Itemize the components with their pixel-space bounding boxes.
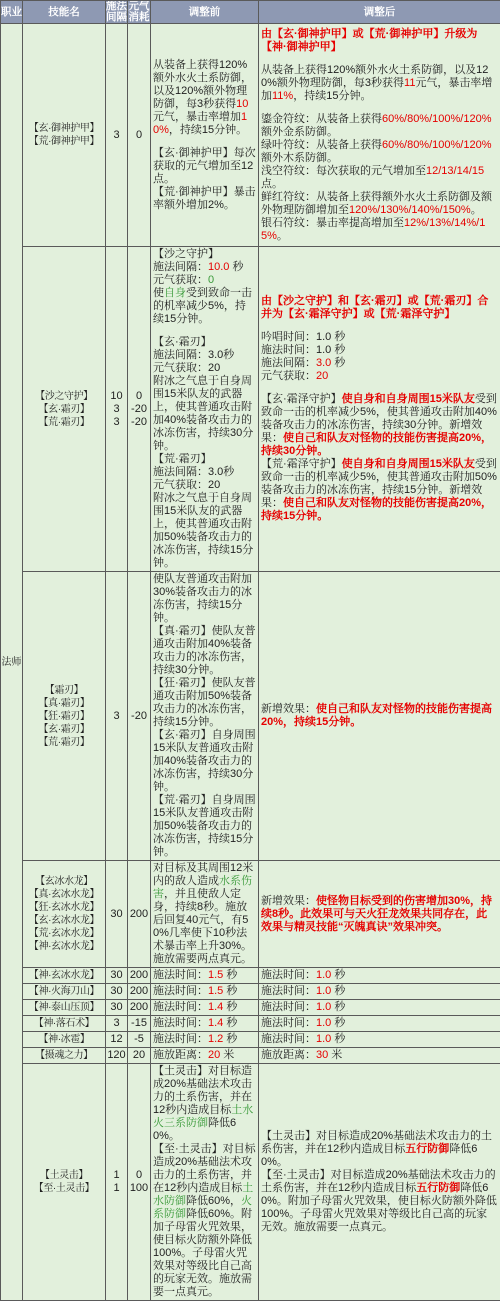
cast-interval-cell: 11: [106, 1064, 128, 1301]
qi-cost-cell: 20: [128, 1048, 151, 1064]
table-row: 【霜刃】【真·霜刃】【狂·霜刃】【玄·霜刃】【荒·霜刃】 3 -20 使队友普通…: [1, 572, 500, 861]
table-row: 【神·泰山压顶】 30 200 施法时间：1.4 秒 施法时间：1.0 秒: [1, 1000, 500, 1016]
table-row: 【神·冰雹】 12 -5 施法时间：1.2 秒 施法时间：1.0 秒: [1, 1032, 500, 1048]
qi-cost-cell: 200: [128, 861, 151, 968]
qi-cost-cell: 0-20-20: [128, 247, 151, 572]
skill-name-cell: 【霜刃】【真·霜刃】【狂·霜刃】【玄·霜刃】【荒·霜刃】: [23, 572, 106, 861]
after-adjustment-cell: 施法时间：1.0 秒: [259, 1032, 500, 1048]
skill-name-cell: 【神·冰雹】: [23, 1032, 106, 1048]
cast-interval-cell: 30: [106, 1000, 128, 1016]
skill-name-cell: 【摄魂之力】: [23, 1048, 106, 1064]
cast-interval-cell: 3: [106, 24, 128, 247]
after-adjustment-cell: 施法时间：1.0 秒: [259, 968, 500, 984]
table-row: 【神·落石术】 3 -15 施法时间：1.4 秒 施法时间：1.0 秒: [1, 1016, 500, 1032]
qi-cost-cell: -5: [128, 1032, 151, 1048]
qi-cost-cell: 200: [128, 984, 151, 1000]
before-adjustment-cell: 【沙之守护】施法间隔：10.0 秒元气获取：0使自身受到致命一击的机率减少5%，…: [151, 247, 259, 572]
header-after: 调整后: [259, 1, 500, 24]
before-adjustment-cell: 施法时间：1.2 秒: [151, 1032, 259, 1048]
before-adjustment-cell: 施放距离：20 米: [151, 1048, 259, 1064]
after-adjustment-cell: 由【沙之守护】和【玄·霜刃】或【荒·霜刃】合并为【玄·霜泽守护】或【荒·霜泽守护…: [259, 247, 500, 572]
header-skill-name: 技能名: [23, 1, 106, 24]
skill-name-cell: 【神·玄冰水龙】: [23, 968, 106, 984]
qi-cost-cell: 200: [128, 968, 151, 984]
skill-name-cell: 【玄冰水龙】【真·玄冰水龙】【狂·玄冰水龙】【玄·玄冰水龙】【荒·玄冰水龙】【神…: [23, 861, 106, 968]
table-header-row: 职业 技能名 施法间隔 元气消耗 调整前 调整后: [1, 1, 500, 24]
skill-name-cell: 【神·火海刀山】: [23, 984, 106, 1000]
after-adjustment-cell: 新增效果：使自己和队友对怪物的技能伤害提高20%，持续15分钟。: [259, 572, 500, 861]
before-adjustment-cell: 施法时间：1.5 秒: [151, 984, 259, 1000]
after-adjustment-cell: 由【玄·御神护甲】或【荒·御神护甲】升级为【神·御神护甲】从装备上获得120%额…: [259, 24, 500, 247]
header-qi-cost: 元气消耗: [128, 1, 151, 24]
after-adjustment-cell: 施法时间：1.0 秒: [259, 1016, 500, 1032]
after-adjustment-cell: 施法时间：1.0 秒: [259, 984, 500, 1000]
cast-interval-cell: 30: [106, 984, 128, 1000]
table-row: 【沙之守护】【玄·霜刃】【荒·霜刃】 1033 0-20-20 【沙之守护】施法…: [1, 247, 500, 572]
skill-name-cell: 【神·泰山压顶】: [23, 1000, 106, 1016]
before-adjustment-cell: 从装备上获得120%额外水火土系防御，以及120%额外物理防御，每3秒获得10元…: [151, 24, 259, 247]
table-row: 【神·玄冰水龙】 30 200 施法时间：1.5 秒 施法时间：1.0 秒: [1, 968, 500, 984]
skill-name-cell: 【沙之守护】【玄·霜刃】【荒·霜刃】: [23, 247, 106, 572]
skill-name-cell: 【神·落石术】: [23, 1016, 106, 1032]
qi-cost-cell: 200: [128, 1000, 151, 1016]
table-row: 【神·火海刀山】 30 200 施法时间：1.5 秒 施法时间：1.0 秒: [1, 984, 500, 1000]
before-adjustment-cell: 对目标及其周围12米内的敌人造成水系伤害，并且使敌人定身，持续8秒。施放后回复4…: [151, 861, 259, 968]
header-job: 职业: [1, 1, 23, 24]
cast-interval-cell: 1033: [106, 247, 128, 572]
before-adjustment-cell: 施法时间：1.4 秒: [151, 1000, 259, 1016]
before-adjustment-cell: 使队友普通攻击附加30%装备攻击力的冰冻伤害，持续15分钟。【真·霜刃】使队友普…: [151, 572, 259, 861]
cast-interval-cell: 3: [106, 572, 128, 861]
qi-cost-cell: -20: [128, 572, 151, 861]
before-adjustment-cell: 【土灵击】对目标造成20%基础法术攻击力的土系伤害，并在12秒内造成目标土水火三…: [151, 1064, 259, 1301]
after-adjustment-cell: 【土灵击】对目标造成20%基础法术攻击力的土系伤害，并在12秒内造成目标五行防御…: [259, 1064, 500, 1301]
cast-interval-cell: 120: [106, 1048, 128, 1064]
qi-cost-cell: 0100: [128, 1064, 151, 1301]
qi-cost-cell: -15: [128, 1016, 151, 1032]
cast-interval-cell: 3: [106, 1016, 128, 1032]
before-adjustment-cell: 施法时间：1.4 秒: [151, 1016, 259, 1032]
table-row: 法师 【玄·御神护甲】【荒·御神护甲】 3 0 从装备上获得120%额外水火土系…: [1, 24, 500, 247]
table-row: 【土灵击】【至·土灵击】 11 0100 【土灵击】对目标造成20%基础法术攻击…: [1, 1064, 500, 1301]
qi-cost-cell: 0: [128, 24, 151, 247]
cast-interval-cell: 12: [106, 1032, 128, 1048]
skill-name-cell: 【土灵击】【至·土灵击】: [23, 1064, 106, 1301]
after-adjustment-cell: 新增效果：使怪物目标受到的伤害增加30%，持续8秒。此效果可与天火狂龙效果共同存…: [259, 861, 500, 968]
header-cast-interval: 施法间隔: [106, 1, 128, 24]
after-adjustment-cell: 施放距离：30 米: [259, 1048, 500, 1064]
table-row: 【玄冰水龙】【真·玄冰水龙】【狂·玄冰水龙】【玄·玄冰水龙】【荒·玄冰水龙】【神…: [1, 861, 500, 968]
after-adjustment-cell: 施法时间：1.0 秒: [259, 1000, 500, 1016]
header-before: 调整前: [151, 1, 259, 24]
before-adjustment-cell: 施法时间：1.5 秒: [151, 968, 259, 984]
table-row: 【摄魂之力】 120 20 施放距离：20 米 施放距离：30 米: [1, 1048, 500, 1064]
cast-interval-cell: 30: [106, 861, 128, 968]
job-cell: 法师: [1, 24, 23, 1301]
skill-adjustment-table: 职业 技能名 施法间隔 元气消耗 调整前 调整后 法师 【玄·御神护甲】【荒·御…: [0, 0, 500, 1301]
skill-name-cell: 【玄·御神护甲】【荒·御神护甲】: [23, 24, 106, 247]
cast-interval-cell: 30: [106, 968, 128, 984]
